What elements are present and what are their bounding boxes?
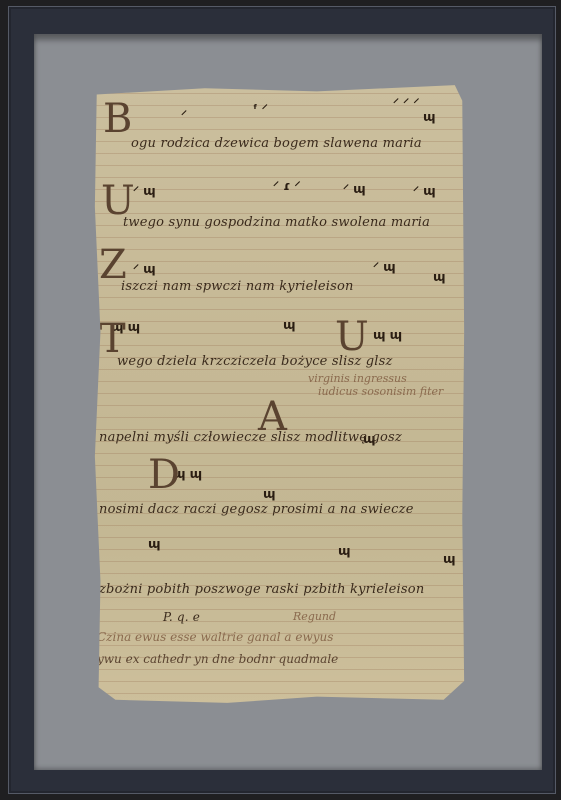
neume-icon: ⸍ [181,106,187,123]
neume-icon: ɰ [443,552,456,566]
interlinear-gloss-2: iudicus sosonisim fiter [318,385,443,398]
chant-line-3: iszczi nam spwczi nam kyrieleison [121,279,466,294]
inset-initial-d: D [148,452,180,498]
neume-icon: ᶠ ⸍ [253,100,268,117]
neume-icon: ɰ [263,487,276,501]
decorated-initial-b: B [103,96,132,142]
footer-note-line-1: Czina ewus esse waltrie ganal a ewyus [97,630,333,644]
neume-icon: ⸍ ɰ [413,182,436,199]
footer-note-line-2: ywu ex cathedr yn dne bodnr quadmale [97,652,338,666]
manuscript-leaf: ⸍ ᶠ ⸍ ⸍ ⸍ ⸍ ɰ ⸍ ɰ ⸍ ɾ ⸍ ⸍ ɰ ⸍ ɰ ⸍ ɰ ⸍ ɰ … [93,82,466,706]
chant-line-4: wego dziela krzcziczela bożyce slisz gls… [117,354,466,369]
neume-icon: ⸍ ɰ [373,258,396,275]
neume-icon: ⸍ ɰ [343,180,366,197]
neume-icon: ⸍ ɰ [133,182,156,199]
neume-icon: ɰ [423,110,436,124]
neume-icon: ⸍ ⸍ ⸍ [393,94,419,111]
neume-icon: ɰ [338,544,351,558]
chant-line-7: zbożni pobith poszwoge raski pzbith kyri… [99,582,466,597]
neume-icon: ɰ [148,537,161,551]
chant-line-1: ogu rodzica dzewica bogem slawena maria [131,136,466,151]
chant-line-5: napelni myśli człowiecze slisz modlitwę … [99,430,466,445]
chant-line-6: nosimi dacz raczi gegosz prosimi a na sw… [99,502,466,517]
interlinear-gloss-1: virginis ingressus [308,372,407,385]
neume-icon: ɰ [283,318,296,332]
neume-icon: ⸍ ɰ [133,260,156,277]
chant-line-2: twego synu gospodzina matko swolena mari… [123,215,466,230]
neume-icon: ɰ ɰ [373,328,402,342]
neume-icon: ⸍ ɾ ⸍ [273,177,301,194]
footer-superscript: Regund [293,610,336,623]
